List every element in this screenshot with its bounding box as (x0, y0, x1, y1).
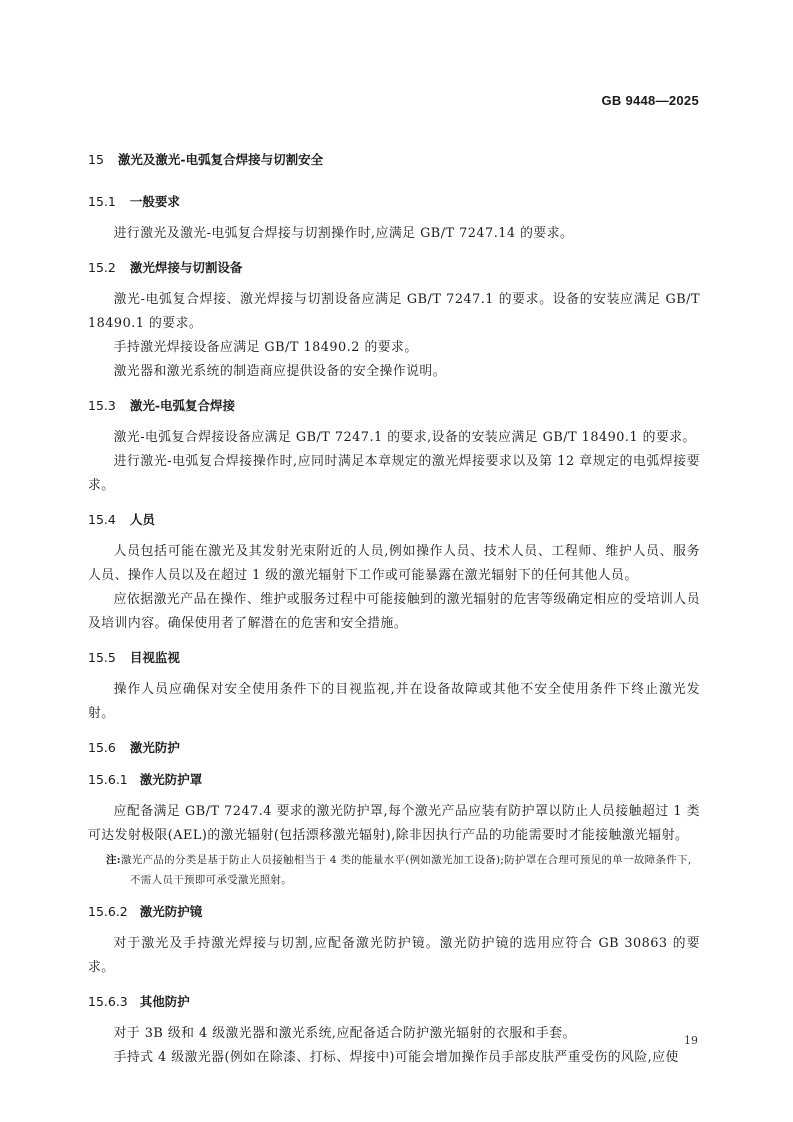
section-title: 激光及激光-电弧复合焊接与切割安全 (118, 152, 323, 167)
section-heading-15-1: 15.1一般要求 (88, 192, 700, 212)
section-title: 激光-电弧复合焊接 (130, 398, 235, 413)
section-number: 15.4 (88, 510, 116, 530)
standard-id-header: GB 9448—2025 (601, 93, 699, 108)
section-number: 15.6.2 (88, 902, 128, 922)
section-number: 15 (88, 150, 104, 170)
paragraph: 手持激光焊接设备应满足 GB/T 18490.2 的要求。 (88, 336, 700, 360)
paragraph: 激光器和激光系统的制造商应提供设备的安全操作说明。 (88, 360, 700, 384)
section-heading-15-6-1: 15.6.1激光防护罩 (88, 770, 700, 790)
note-text: 激光产品的分类是基于防止人员接触相当于 4 类的能量水平(例如激光加工设备);防… (121, 854, 692, 886)
paragraph: 进行激光及激光-电弧复合焊接与切割操作时,应满足 GB/T 7247.14 的要… (88, 222, 700, 246)
section-heading-15-2: 15.2激光焊接与切割设备 (88, 258, 700, 278)
section-title: 激光焊接与切割设备 (130, 260, 243, 275)
section-heading-15-6-2: 15.6.2激光防护镜 (88, 902, 700, 922)
section-number: 15.6.3 (88, 992, 128, 1012)
section-heading-15-3: 15.3激光-电弧复合焊接 (88, 396, 700, 416)
page-content: 15激光及激光-电弧复合焊接与切割安全 15.1一般要求 进行激光及激光-电弧复… (88, 146, 700, 1070)
section-number: 15.1 (88, 192, 116, 212)
section-heading-15-4: 15.4人员 (88, 510, 700, 530)
paragraph: 手持式 4 级激光器(例如在除漆、打标、焊接中)可能会增加操作员手部皮肤严重受伤… (88, 1046, 700, 1070)
section-title: 目视监视 (130, 650, 180, 665)
paragraph: 对于 3B 级和 4 级激光器和激光系统,应配备适合防护激光辐射的衣服和手套。 (88, 1022, 700, 1046)
section-number: 15.5 (88, 648, 116, 668)
section-heading-15-6-3: 15.6.3其他防护 (88, 992, 700, 1012)
section-heading-15-5: 15.5目视监视 (88, 648, 700, 668)
section-heading-15: 15激光及激光-电弧复合焊接与切割安全 (88, 150, 700, 170)
paragraph: 操作人员应确保对安全使用条件下的目视监视,并在设备故障或其他不安全使用条件下终止… (88, 678, 700, 726)
paragraph: 激光-电弧复合焊接、激光焊接与切割设备应满足 GB/T 7247.1 的要求。设… (88, 288, 700, 336)
section-title: 其他防护 (140, 994, 190, 1009)
section-title: 激光防护罩 (140, 772, 203, 787)
section-number: 15.3 (88, 396, 116, 416)
note-label: 注: (106, 854, 121, 866)
section-title: 激光防护 (130, 740, 180, 755)
page-number: 19 (684, 1034, 698, 1047)
section-title: 人员 (130, 512, 155, 527)
section-number: 15.6.1 (88, 770, 128, 790)
paragraph: 进行激光-电弧复合焊接操作时,应同时满足本章规定的激光焊接要求以及第 12 章规… (88, 450, 700, 498)
note: 注:激光产品的分类是基于防止人员接触相当于 4 类的能量水平(例如激光加工设备)… (88, 850, 700, 890)
paragraph: 人员包括可能在激光及其发射光束附近的人员,例如操作人员、技术人员、工程师、维护人… (88, 540, 700, 588)
paragraph: 应依据激光产品在操作、维护或服务过程中可能接触到的激光辐射的危害等级确定相应的受… (88, 588, 700, 636)
paragraph: 对于激光及手持激光焊接与切割,应配备激光防护镜。激光防护镜的选用应符合 GB 3… (88, 932, 700, 980)
section-number: 15.6 (88, 738, 116, 758)
section-title: 激光防护镜 (140, 904, 203, 919)
section-title: 一般要求 (130, 194, 180, 209)
document-page: GB 9448—2025 15激光及激光-电弧复合焊接与切割安全 15.1一般要… (0, 0, 793, 1122)
paragraph: 应配备满足 GB/T 7247.4 要求的激光防护罩,每个激光产品应装有防护罩以… (88, 800, 700, 848)
section-number: 15.2 (88, 258, 116, 278)
section-heading-15-6: 15.6激光防护 (88, 738, 700, 758)
paragraph: 激光-电弧复合焊接设备应满足 GB/T 7247.1 的要求,设备的安装应满足 … (88, 426, 700, 450)
